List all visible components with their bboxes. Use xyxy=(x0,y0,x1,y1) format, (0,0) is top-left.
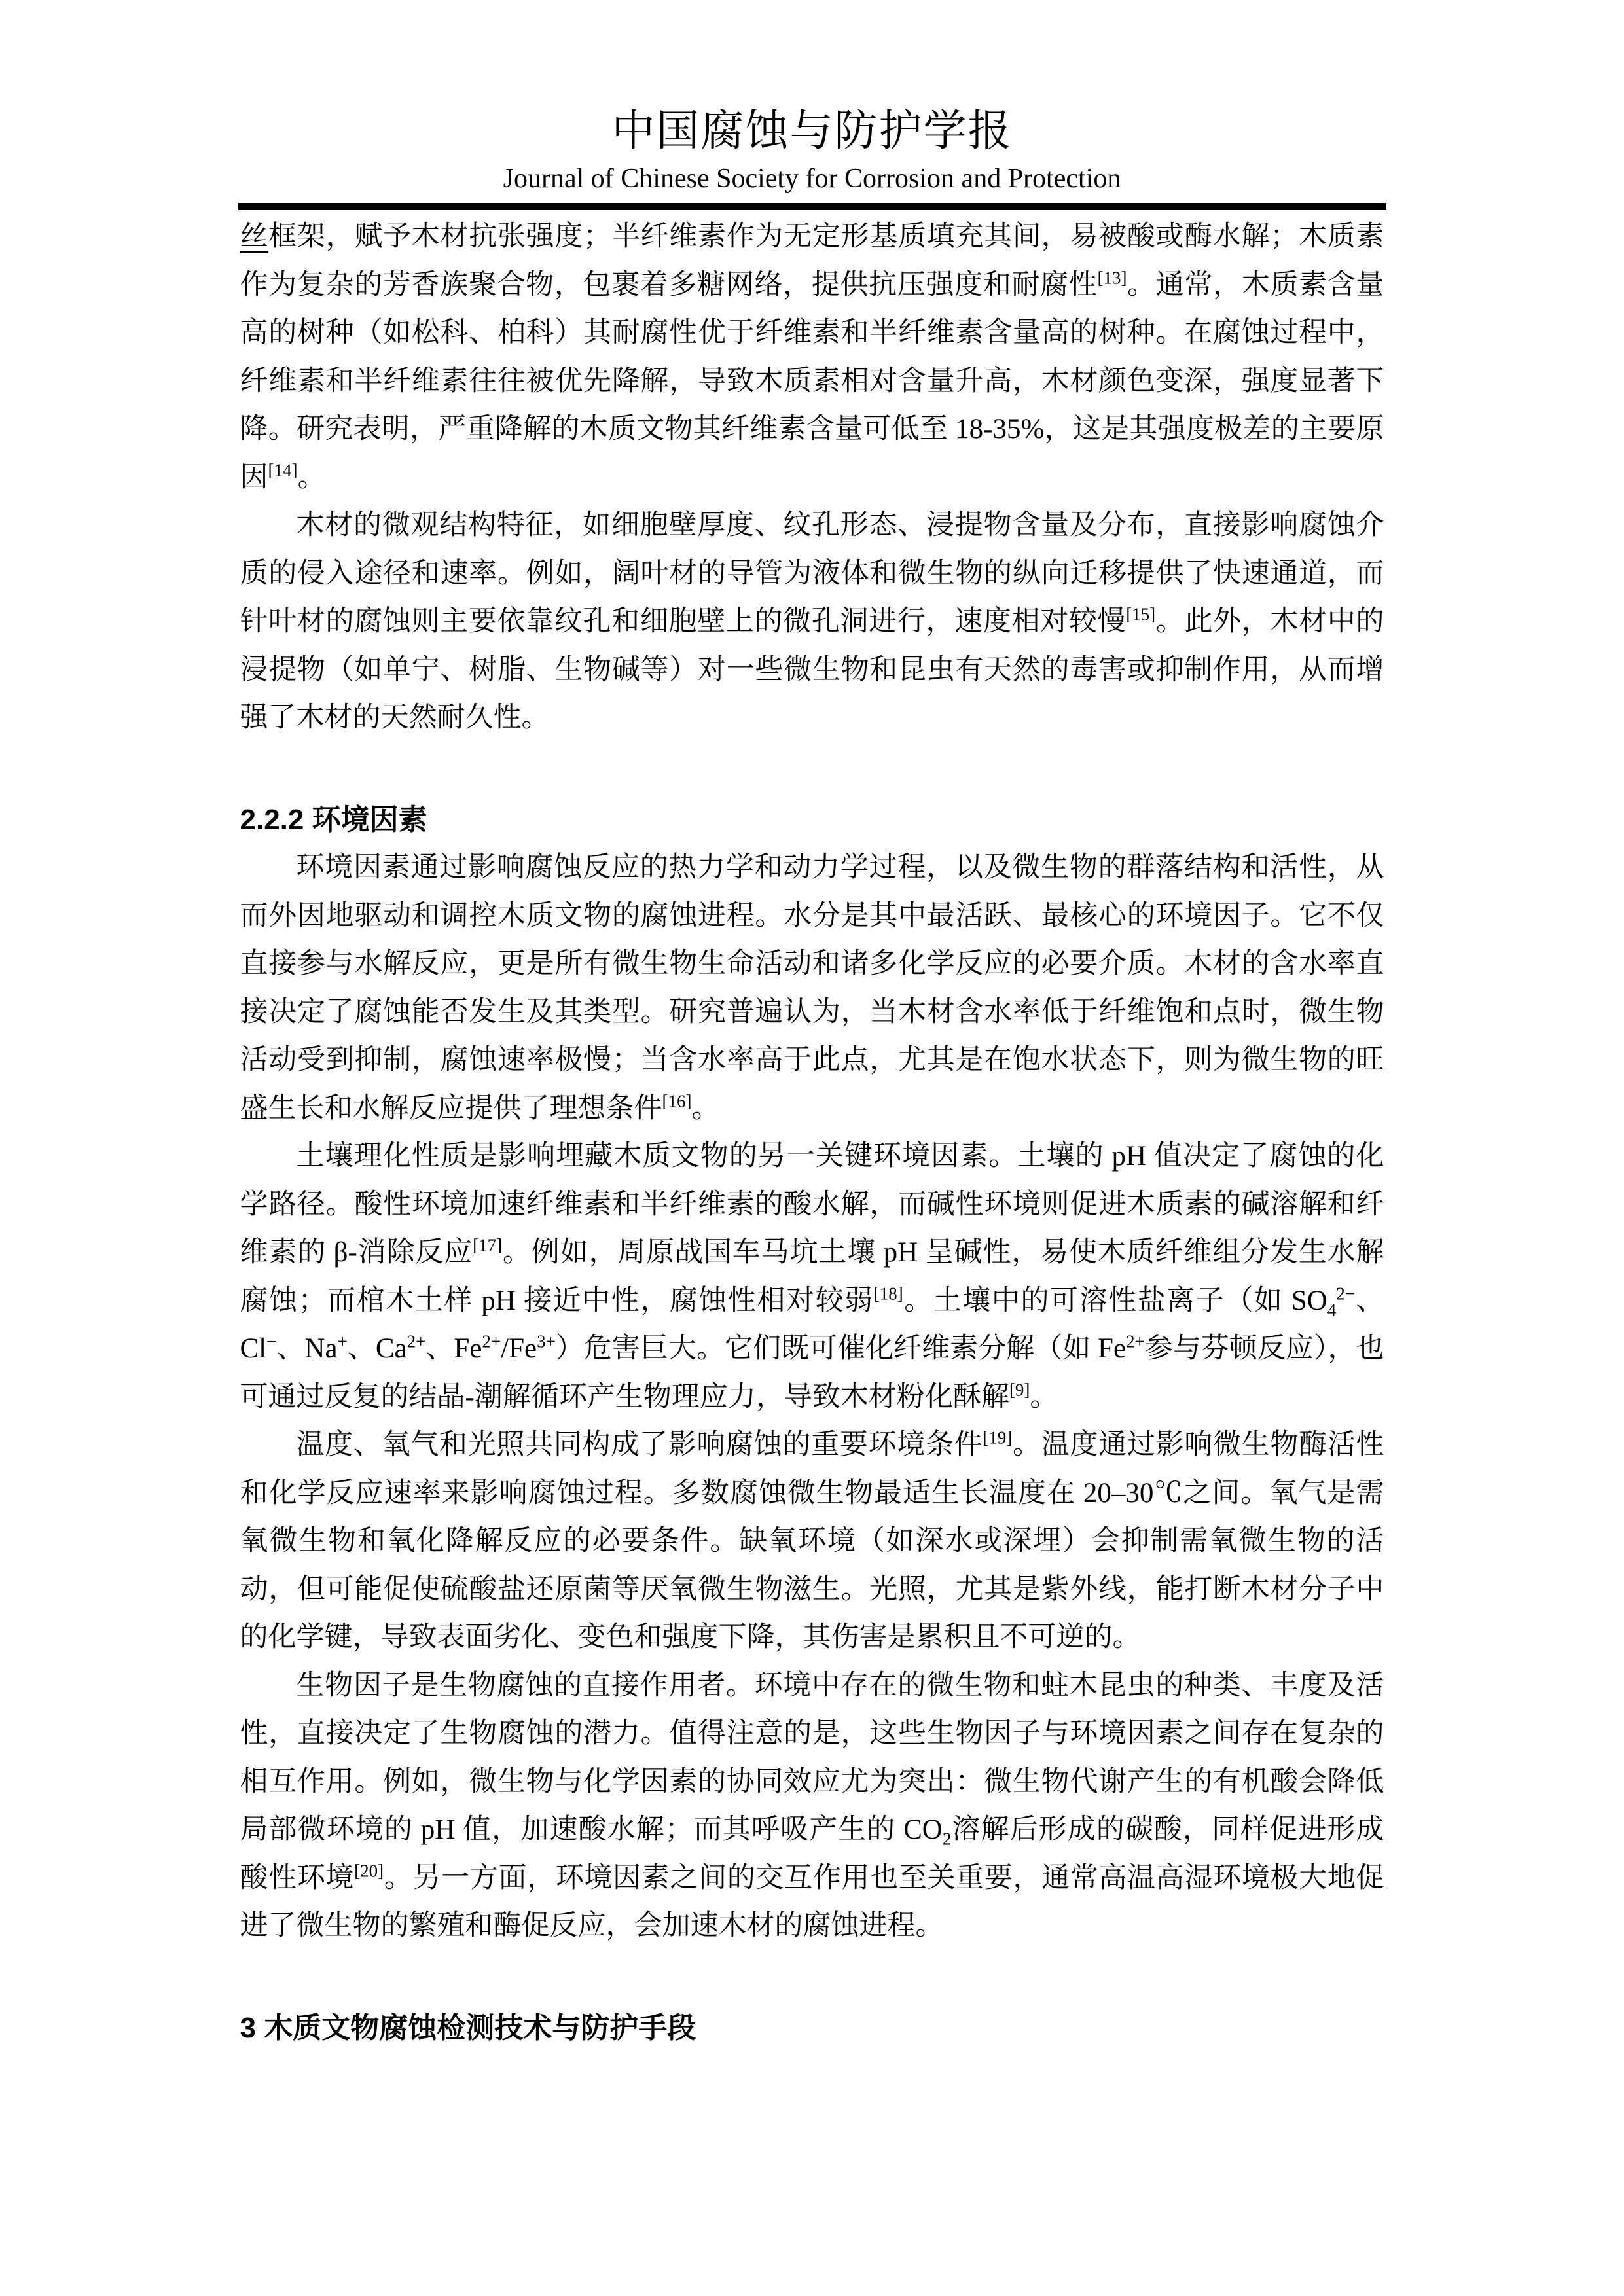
journal-title-chinese: 中国腐蚀与防护学报 xyxy=(0,110,1624,153)
text-run: 。 xyxy=(691,1093,719,1124)
section-heading: 2.2.2 环境因素 xyxy=(240,796,1384,844)
superscript-ref: 3+ xyxy=(537,1332,556,1352)
paragraph: 生物因子是生物腐蚀的直接作用者。环境中存在的微生物和蛀木昆虫的种类、丰度及活性，… xyxy=(240,1662,1384,1950)
superscript-ref: [13] xyxy=(1098,268,1127,287)
text-run: ）危害巨大。它们既可催化纤维素分解（如 Fe xyxy=(556,1333,1126,1364)
text-run: 。 xyxy=(1030,1382,1058,1412)
text-run: 2.2.2 环境因素 xyxy=(240,804,427,836)
text-run: 。 xyxy=(297,462,325,493)
superscript-ref: [17] xyxy=(473,1236,502,1255)
paragraph: 丝框架，赋予木材抗张强度；半纤维素作为无定形基质填充其间，易被酸或酶水解；木质素… xyxy=(240,213,1384,501)
paragraph: 环境因素通过影响腐蚀反应的热力学和动力学过程，以及微生物的群落结构和活性，从而外… xyxy=(240,844,1384,1132)
text-run: 。土壤中的可溶性盐离子（如 SO xyxy=(903,1285,1327,1316)
superscript-ref: 2+ xyxy=(407,1332,426,1352)
superscript-ref: [19] xyxy=(983,1428,1012,1448)
superscript-ref: + xyxy=(338,1332,348,1352)
page-header: 中国腐蚀与防护学报 Journal of Chinese Society for… xyxy=(0,0,1624,210)
text-run: 。温度通过影响微生物酶活性和化学反应速率来影响腐蚀过程。多数腐蚀微生物最适生长温… xyxy=(240,1429,1384,1653)
journal-title-english: Journal of Chinese Society for Corrosion… xyxy=(0,165,1624,192)
section-heading: 3 木质文物腐蚀检测技术与防护手段 xyxy=(240,2004,1384,2053)
superscript-ref: [9] xyxy=(1009,1380,1030,1399)
text-run: 温度、氧气和光照共同构成了影响腐蚀的重要环境条件 xyxy=(297,1429,983,1460)
superscript-ref: [15] xyxy=(1126,605,1155,624)
text-run: 丝 xyxy=(240,221,269,252)
subscript: 2 xyxy=(943,1829,952,1849)
superscript-ref: 2+ xyxy=(1126,1332,1145,1352)
text-run: 、Na xyxy=(276,1333,337,1364)
paragraph: 土壤理化性质是影响埋藏木质文物的另一关键环境因素。土壤的 pH 值决定了腐蚀的化… xyxy=(240,1132,1384,1421)
text-run: 、Fe xyxy=(425,1333,482,1364)
subscript: 4 xyxy=(1327,1300,1337,1319)
text-run: 。另一方面，环境因素之间的交互作用也至关重要，通常高温高湿环境极大地促进了微生物… xyxy=(240,1863,1384,1942)
text-run: 环境因素通过影响腐蚀反应的热力学和动力学过程，以及微生物的群落结构和活性，从而外… xyxy=(240,852,1384,1124)
text-run: 、Ca xyxy=(348,1333,407,1364)
superscript-ref: − xyxy=(266,1332,276,1352)
journal-page: 中国腐蚀与防护学报 Journal of Chinese Society for… xyxy=(0,0,1624,2296)
superscript-ref: [16] xyxy=(662,1091,692,1111)
superscript-ref: [14] xyxy=(268,460,298,480)
text-run: 。通常，木质素含量高的树种（如松科、柏科）其耐腐性优于纤维素和半纤维素含量高的树… xyxy=(240,270,1384,493)
superscript-ref: [20] xyxy=(354,1861,384,1880)
text-run: 3 木质文物腐蚀检测技术与防护手段 xyxy=(240,2012,696,2044)
paragraph: 温度、氧气和光照共同构成了影响腐蚀的重要环境条件[19]。温度通过影响微生物酶活… xyxy=(240,1421,1384,1662)
header-rule xyxy=(238,203,1386,210)
superscript-ref: 2− xyxy=(1336,1283,1355,1303)
document-body: 丝框架，赋予木材抗张强度；半纤维素作为无定形基质填充其间，易被酸或酶水解；木质素… xyxy=(240,210,1384,2052)
superscript-ref: 2+ xyxy=(482,1332,501,1352)
text-run: /Fe xyxy=(501,1333,537,1364)
superscript-ref: [18] xyxy=(874,1283,903,1303)
paragraph: 木材的微观结构特征，如细胞壁厚度、纹孔形态、浸提物含量及分布，直接影响腐蚀介质的… xyxy=(240,501,1384,742)
